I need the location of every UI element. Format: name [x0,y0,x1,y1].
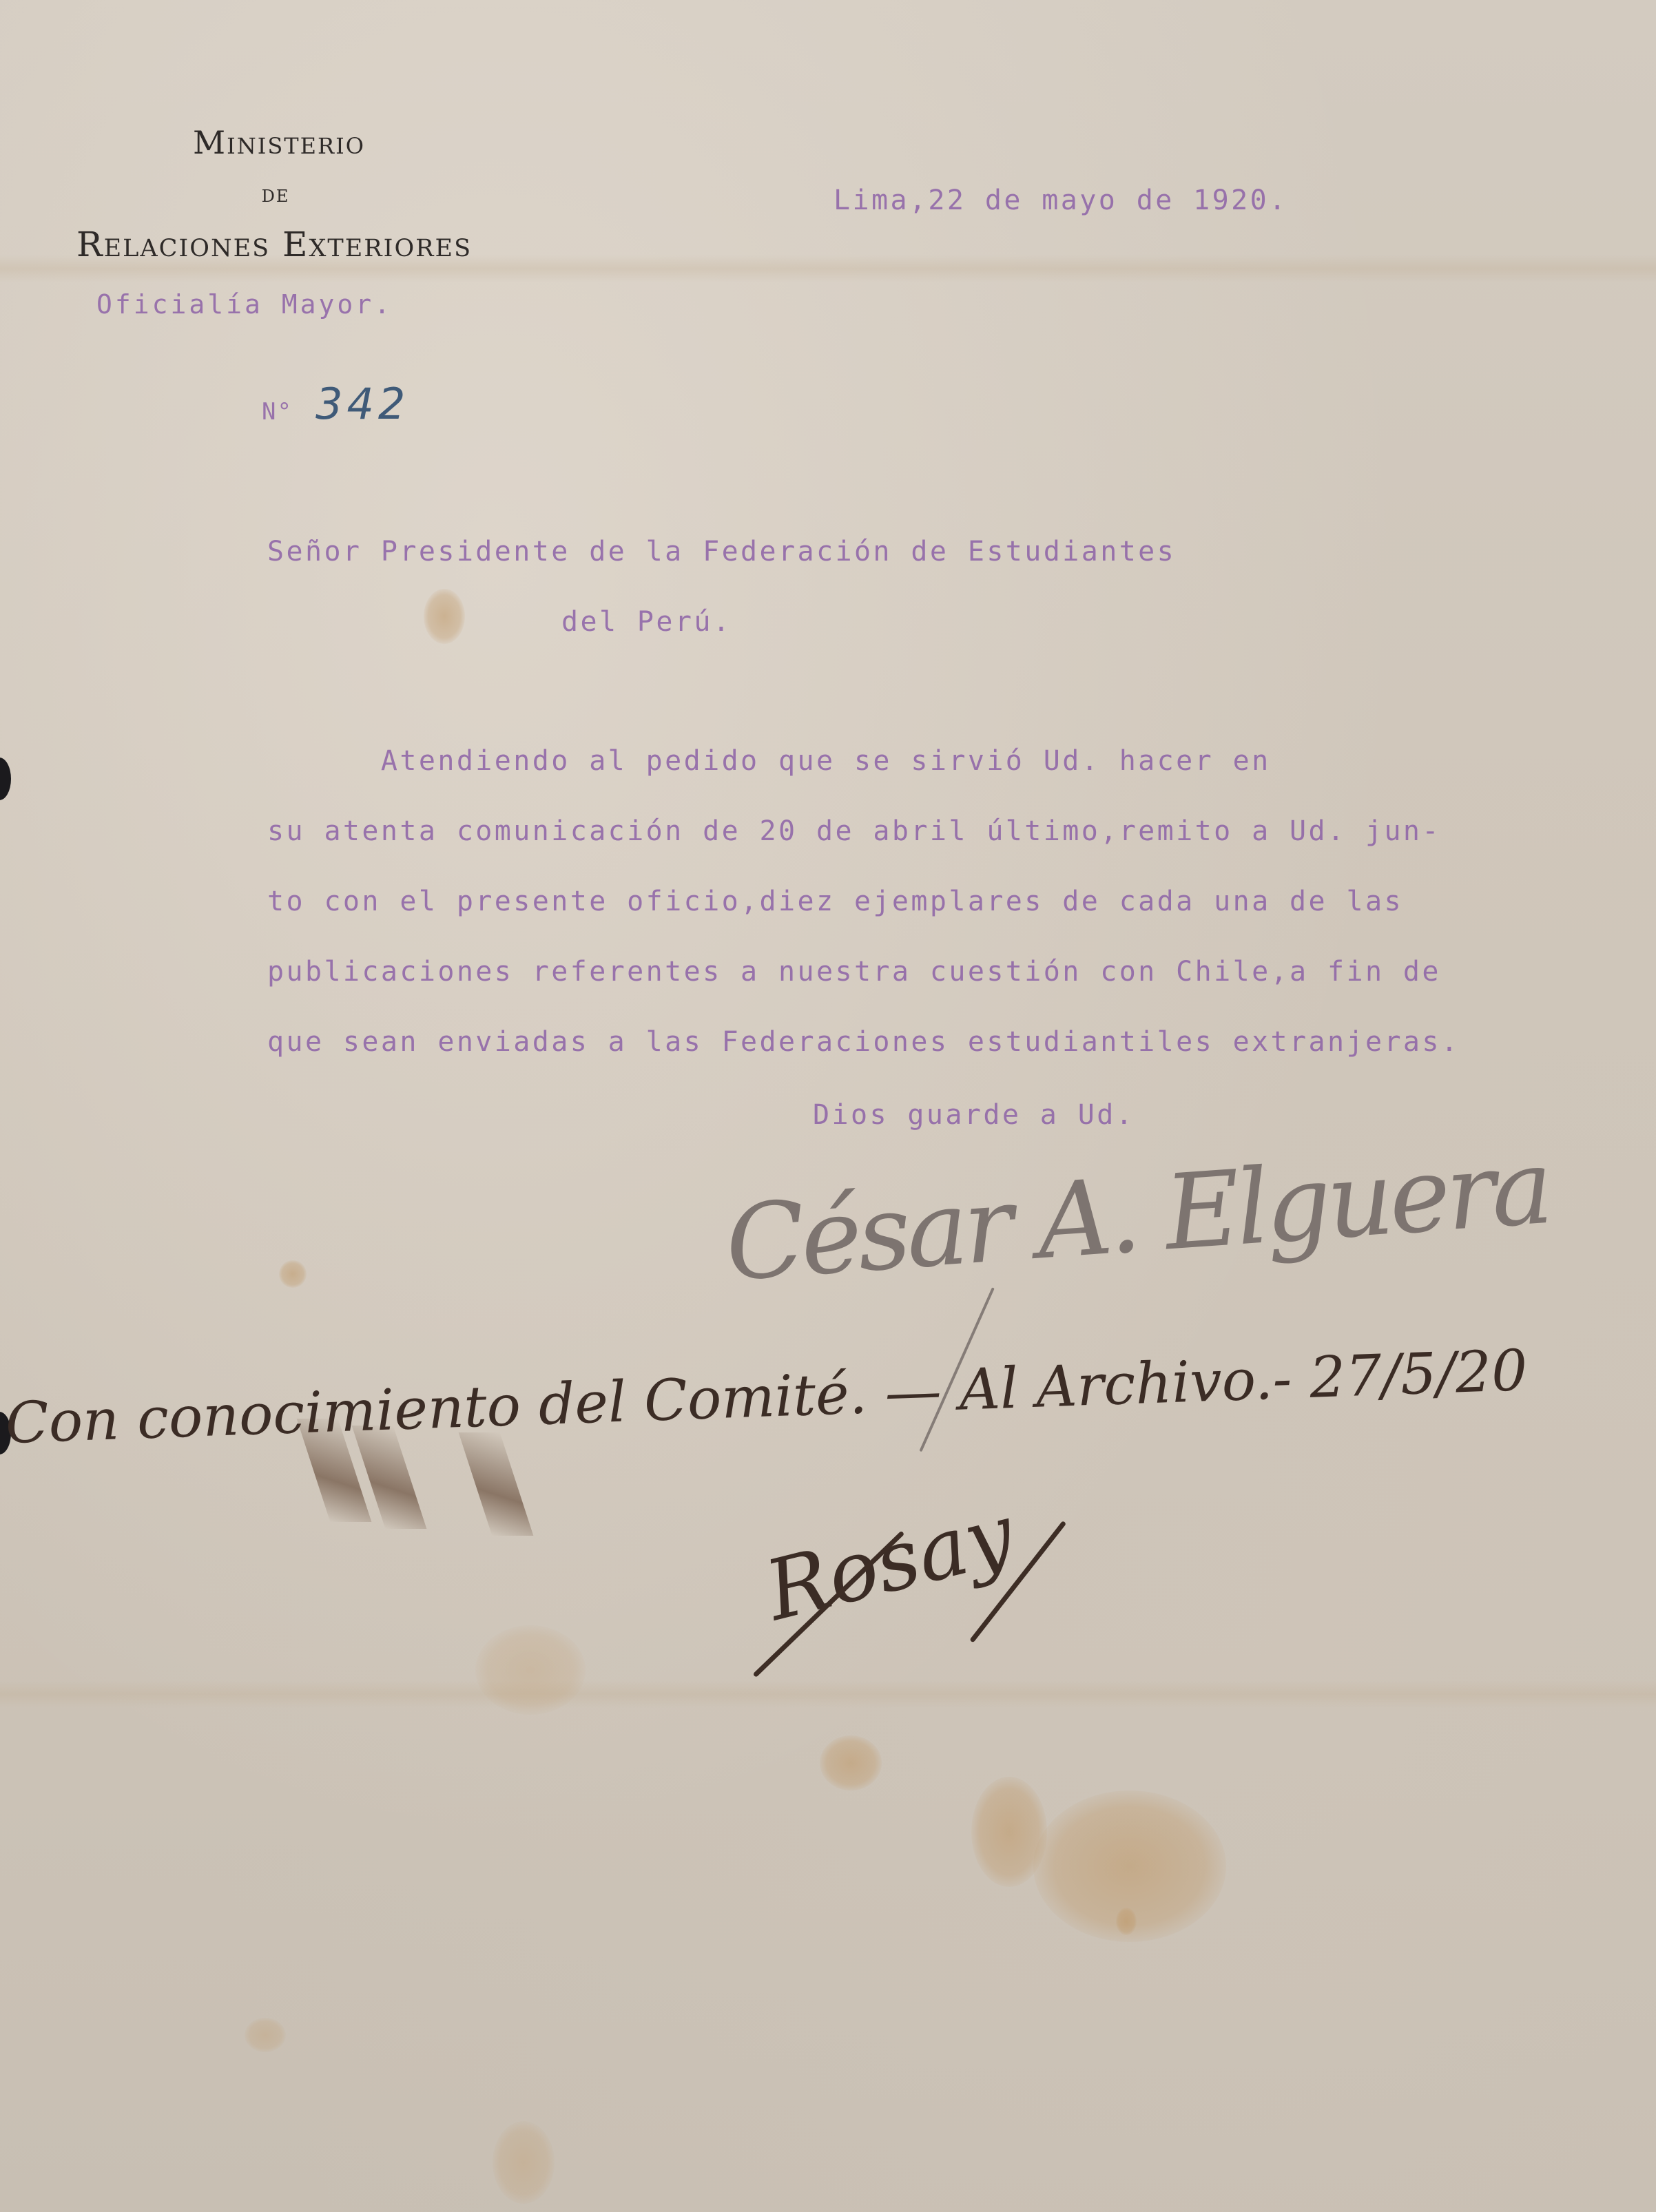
body-line: que sean enviadas a las Federaciones est… [267,1026,1460,1058]
body-line: publicaciones referentes a nuestra cuest… [267,956,1441,988]
letterhead-ministerio: Ministerio [165,124,393,161]
foxing-stain [493,2121,555,2204]
body-line: to con el presente oficio,diez ejemplare… [267,886,1403,917]
foxing-stain [820,1735,882,1791]
foxing-stain [424,589,465,644]
foxing-stain [279,1260,307,1288]
department-name: Oficialía Mayor. [96,289,393,320]
foxing-stain [1116,1908,1137,1935]
letterhead-relaciones-exteriores: Relaciones Exteriores [47,225,501,264]
body-line: Atendiendo al pedido que se sirvió Ud. h… [267,745,1271,777]
letter-date: Lima,22 de mayo de 1920. [834,185,1288,216]
addressee-line-2: del Perú. [561,606,732,638]
water-stain [475,1625,586,1715]
paper-fold [0,1680,1656,1708]
closing-salutation: Dios guarde a Ud. [813,1099,1135,1131]
body-line: su atenta comunicación de 20 de abril úl… [267,815,1441,847]
number-label: N° [262,398,293,426]
addressee-line-1: Señor Presidente de la Federación de Est… [267,536,1176,567]
letterhead-de: de [234,180,317,208]
document-number: 342 [315,379,409,429]
foxing-stain [245,2018,286,2052]
